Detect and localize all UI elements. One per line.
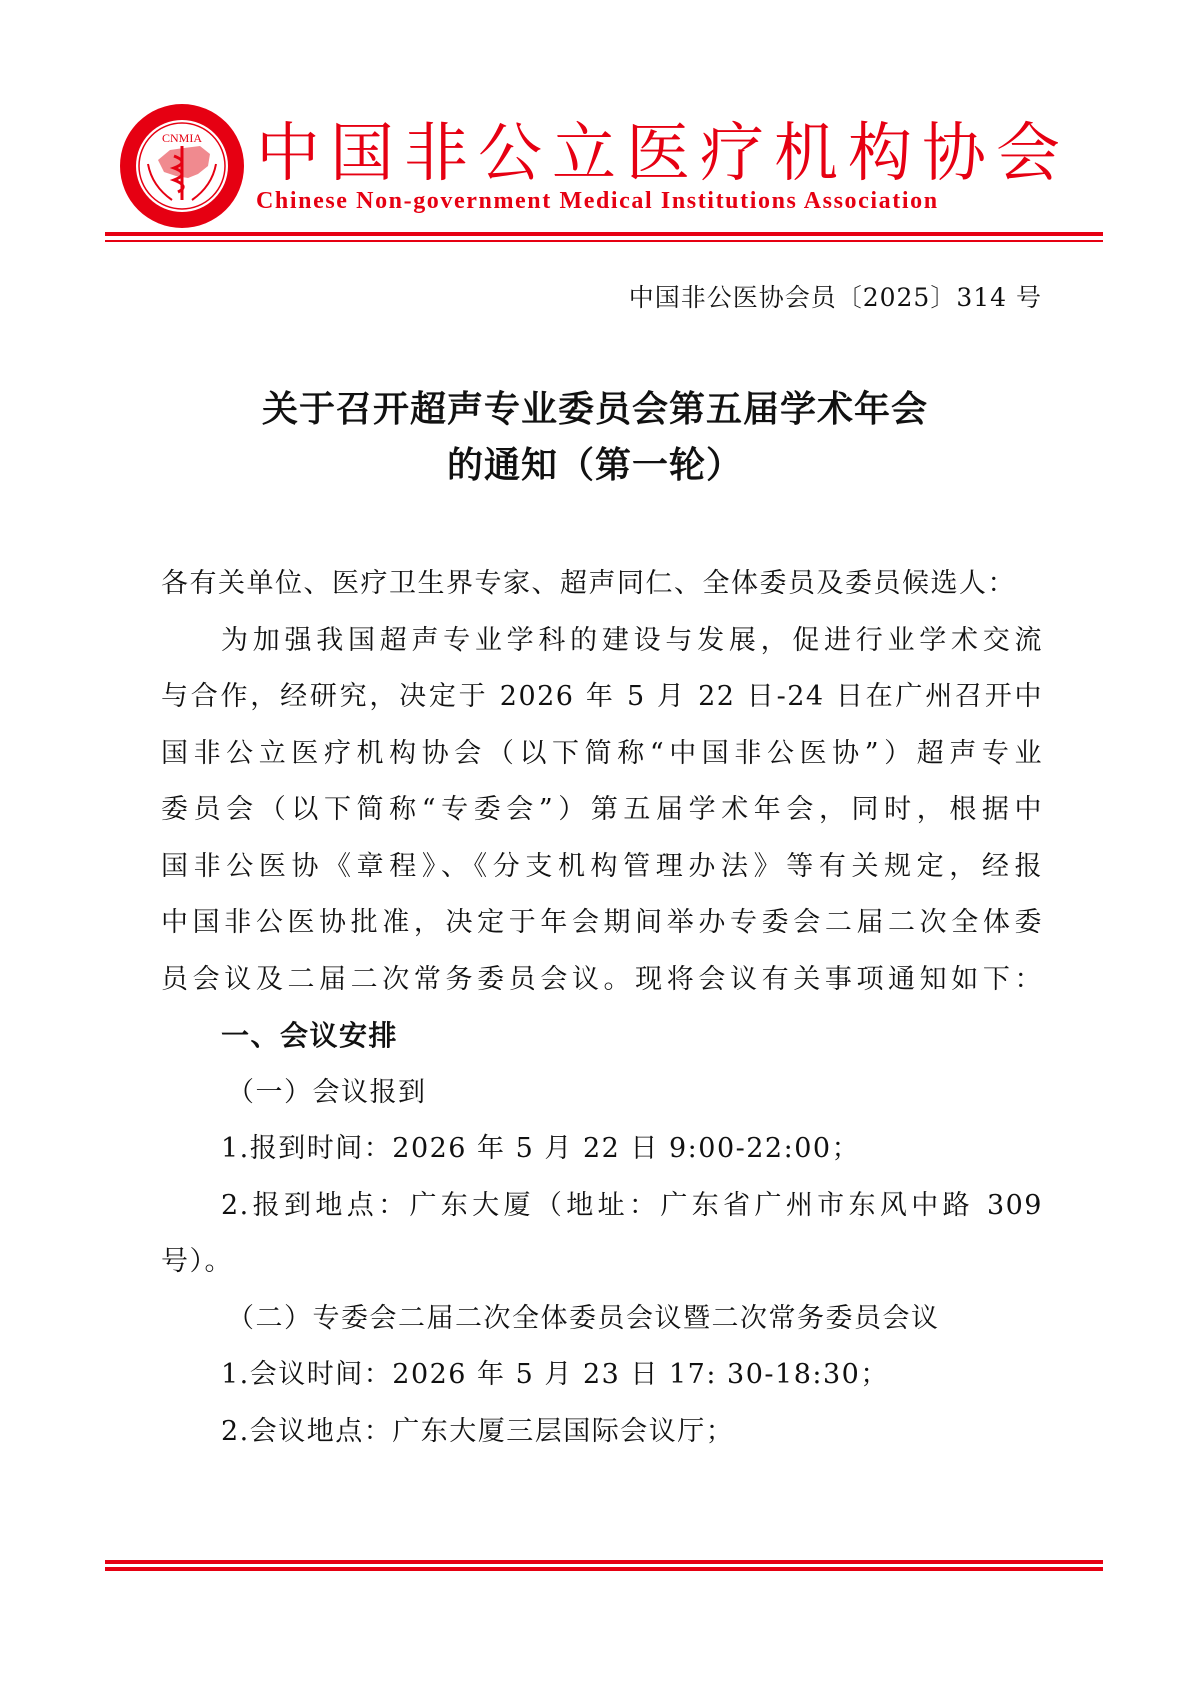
- header-rule-thin: [105, 240, 1103, 242]
- paragraph-line: 为加强我国超声专业学科的建设与发展，促进行业学术交流: [161, 613, 1043, 670]
- header-rule-thick: [105, 232, 1103, 236]
- document-number: 中国非公医协会员〔2025〕314 号: [629, 282, 1042, 314]
- paragraph-line: 与合作，经研究，决定于 2026 年 5 月 22 日-24 日在广州召开中: [161, 669, 1043, 726]
- subsection-heading-2: （二）专委会二届二次全体委员会议暨二次常务委员会议: [161, 1291, 1043, 1348]
- document-title-line2: 的通知（第一轮）: [0, 440, 1190, 492]
- list-item: 1.会议时间：2026 年 5 月 23 日 17: 30-18:30；: [161, 1347, 1043, 1404]
- document-title-line1: 关于召开超声专业委员会第五届学术年会: [0, 384, 1190, 436]
- paragraph-line: 国非公医协《章程》、《分支机构管理办法》等有关规定，经报: [161, 839, 1043, 896]
- section-heading-1: 一、会议安排: [161, 1008, 1043, 1065]
- paragraph-line: 委员会（以下简称“专委会”）第五届学术年会，同时，根据中: [161, 782, 1043, 839]
- footer-rule-bottom: [105, 1567, 1103, 1571]
- paragraph-line: 员会议及二届二次常务委员会议。现将会议有关事项通知如下：: [161, 952, 1043, 1009]
- svg-text:CNMIA: CNMIA: [162, 131, 202, 145]
- paragraph-line: 中国非公医协批准，决定于年会期间举办专委会二届二次全体委: [161, 895, 1043, 952]
- salutation: 各有关单位、医疗卫生界专家、超声同仁、全体委员及委员候选人：: [161, 556, 1043, 613]
- paragraph-line: 国非公立医疗机构协会（以下简称“中国非公医协”）超声专业: [161, 726, 1043, 783]
- footer-rule-top: [105, 1560, 1103, 1564]
- list-item-continuation: 号）。: [161, 1234, 1043, 1291]
- subsection-heading-1: （一）会议报到: [161, 1065, 1043, 1122]
- document-body: 各有关单位、医疗卫生界专家、超声同仁、全体委员及委员候选人： 为加强我国超声专业…: [161, 556, 1043, 1460]
- association-logo: CNMIA: [118, 102, 246, 230]
- list-item: 2.会议地点：广东大厦三层国际会议厅；: [161, 1404, 1043, 1461]
- org-name-cn: 中国非公立医疗机构协会: [256, 118, 1070, 190]
- list-item: 2.报到地点：广东大厦（地址：广东省广州市东风中路 309: [161, 1178, 1043, 1235]
- cnmia-seal-icon: CNMIA: [118, 102, 246, 230]
- org-name-en: Chinese Non-government Medical Instituti…: [256, 187, 939, 215]
- list-item: 1.报到时间：2026 年 5 月 22 日 9:00-22:00；: [161, 1121, 1043, 1178]
